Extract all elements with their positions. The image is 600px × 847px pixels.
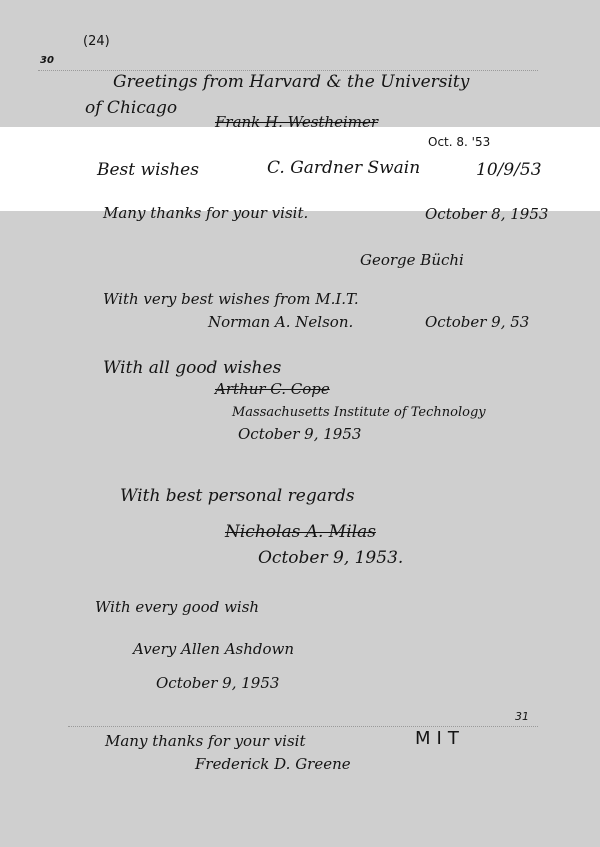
entry-1-message-line2: of Chicago (85, 98, 177, 118)
entry-7-date: October 9, 1953 (156, 674, 279, 692)
entry-8-signature: Frederick D. Greene (195, 755, 351, 773)
entry-6-date: October 9, 1953. (258, 548, 403, 568)
entry-4-signature: Norman A. Nelson. (208, 313, 353, 331)
entry-2-signature: C. Gardner Swain (267, 158, 420, 178)
entry-1-date: Oct. 8. '53 (428, 135, 490, 149)
page-divider-bottom (68, 726, 538, 727)
entry-8-message: Many thanks for your visit (105, 732, 305, 750)
entry-3-message: Many thanks for your visit. (103, 204, 308, 222)
entry-4-date: October 9, 53 (425, 313, 529, 331)
entry-7-message: With every good wish (95, 598, 259, 616)
entry-5-message: With all good wishes (103, 358, 281, 378)
entry-3-signature: George Büchi (360, 251, 464, 269)
page-number-left: 30 (40, 55, 54, 66)
entry-1-message-line1: Greetings from Harvard & the University (113, 72, 469, 92)
entry-5-affiliation: Massachusetts Institute of Technology (232, 405, 486, 420)
page-number-right: 31 (515, 710, 529, 723)
entry-2-message: Best wishes (97, 160, 199, 180)
entry-2-date: 10/9/53 (476, 160, 542, 180)
entry-5-signature: Arthur C. Cope (215, 380, 330, 398)
page-marker-top: (24) (83, 34, 110, 49)
entry-3-date: October 8, 1953 (425, 205, 548, 223)
entry-6-signature: Nicholas A. Milas (225, 522, 376, 542)
entry-7-signature: Avery Allen Ashdown (133, 640, 294, 658)
entry-6-message: With best personal regards (120, 486, 355, 506)
entry-8-affiliation: MIT (415, 728, 465, 749)
entry-5-date: October 9, 1953 (238, 425, 361, 443)
page-divider-top (38, 70, 538, 71)
entry-1-signature: Frank H. Westheimer (215, 113, 378, 131)
entry-4-message: With very best wishes from M.I.T. (103, 290, 359, 308)
